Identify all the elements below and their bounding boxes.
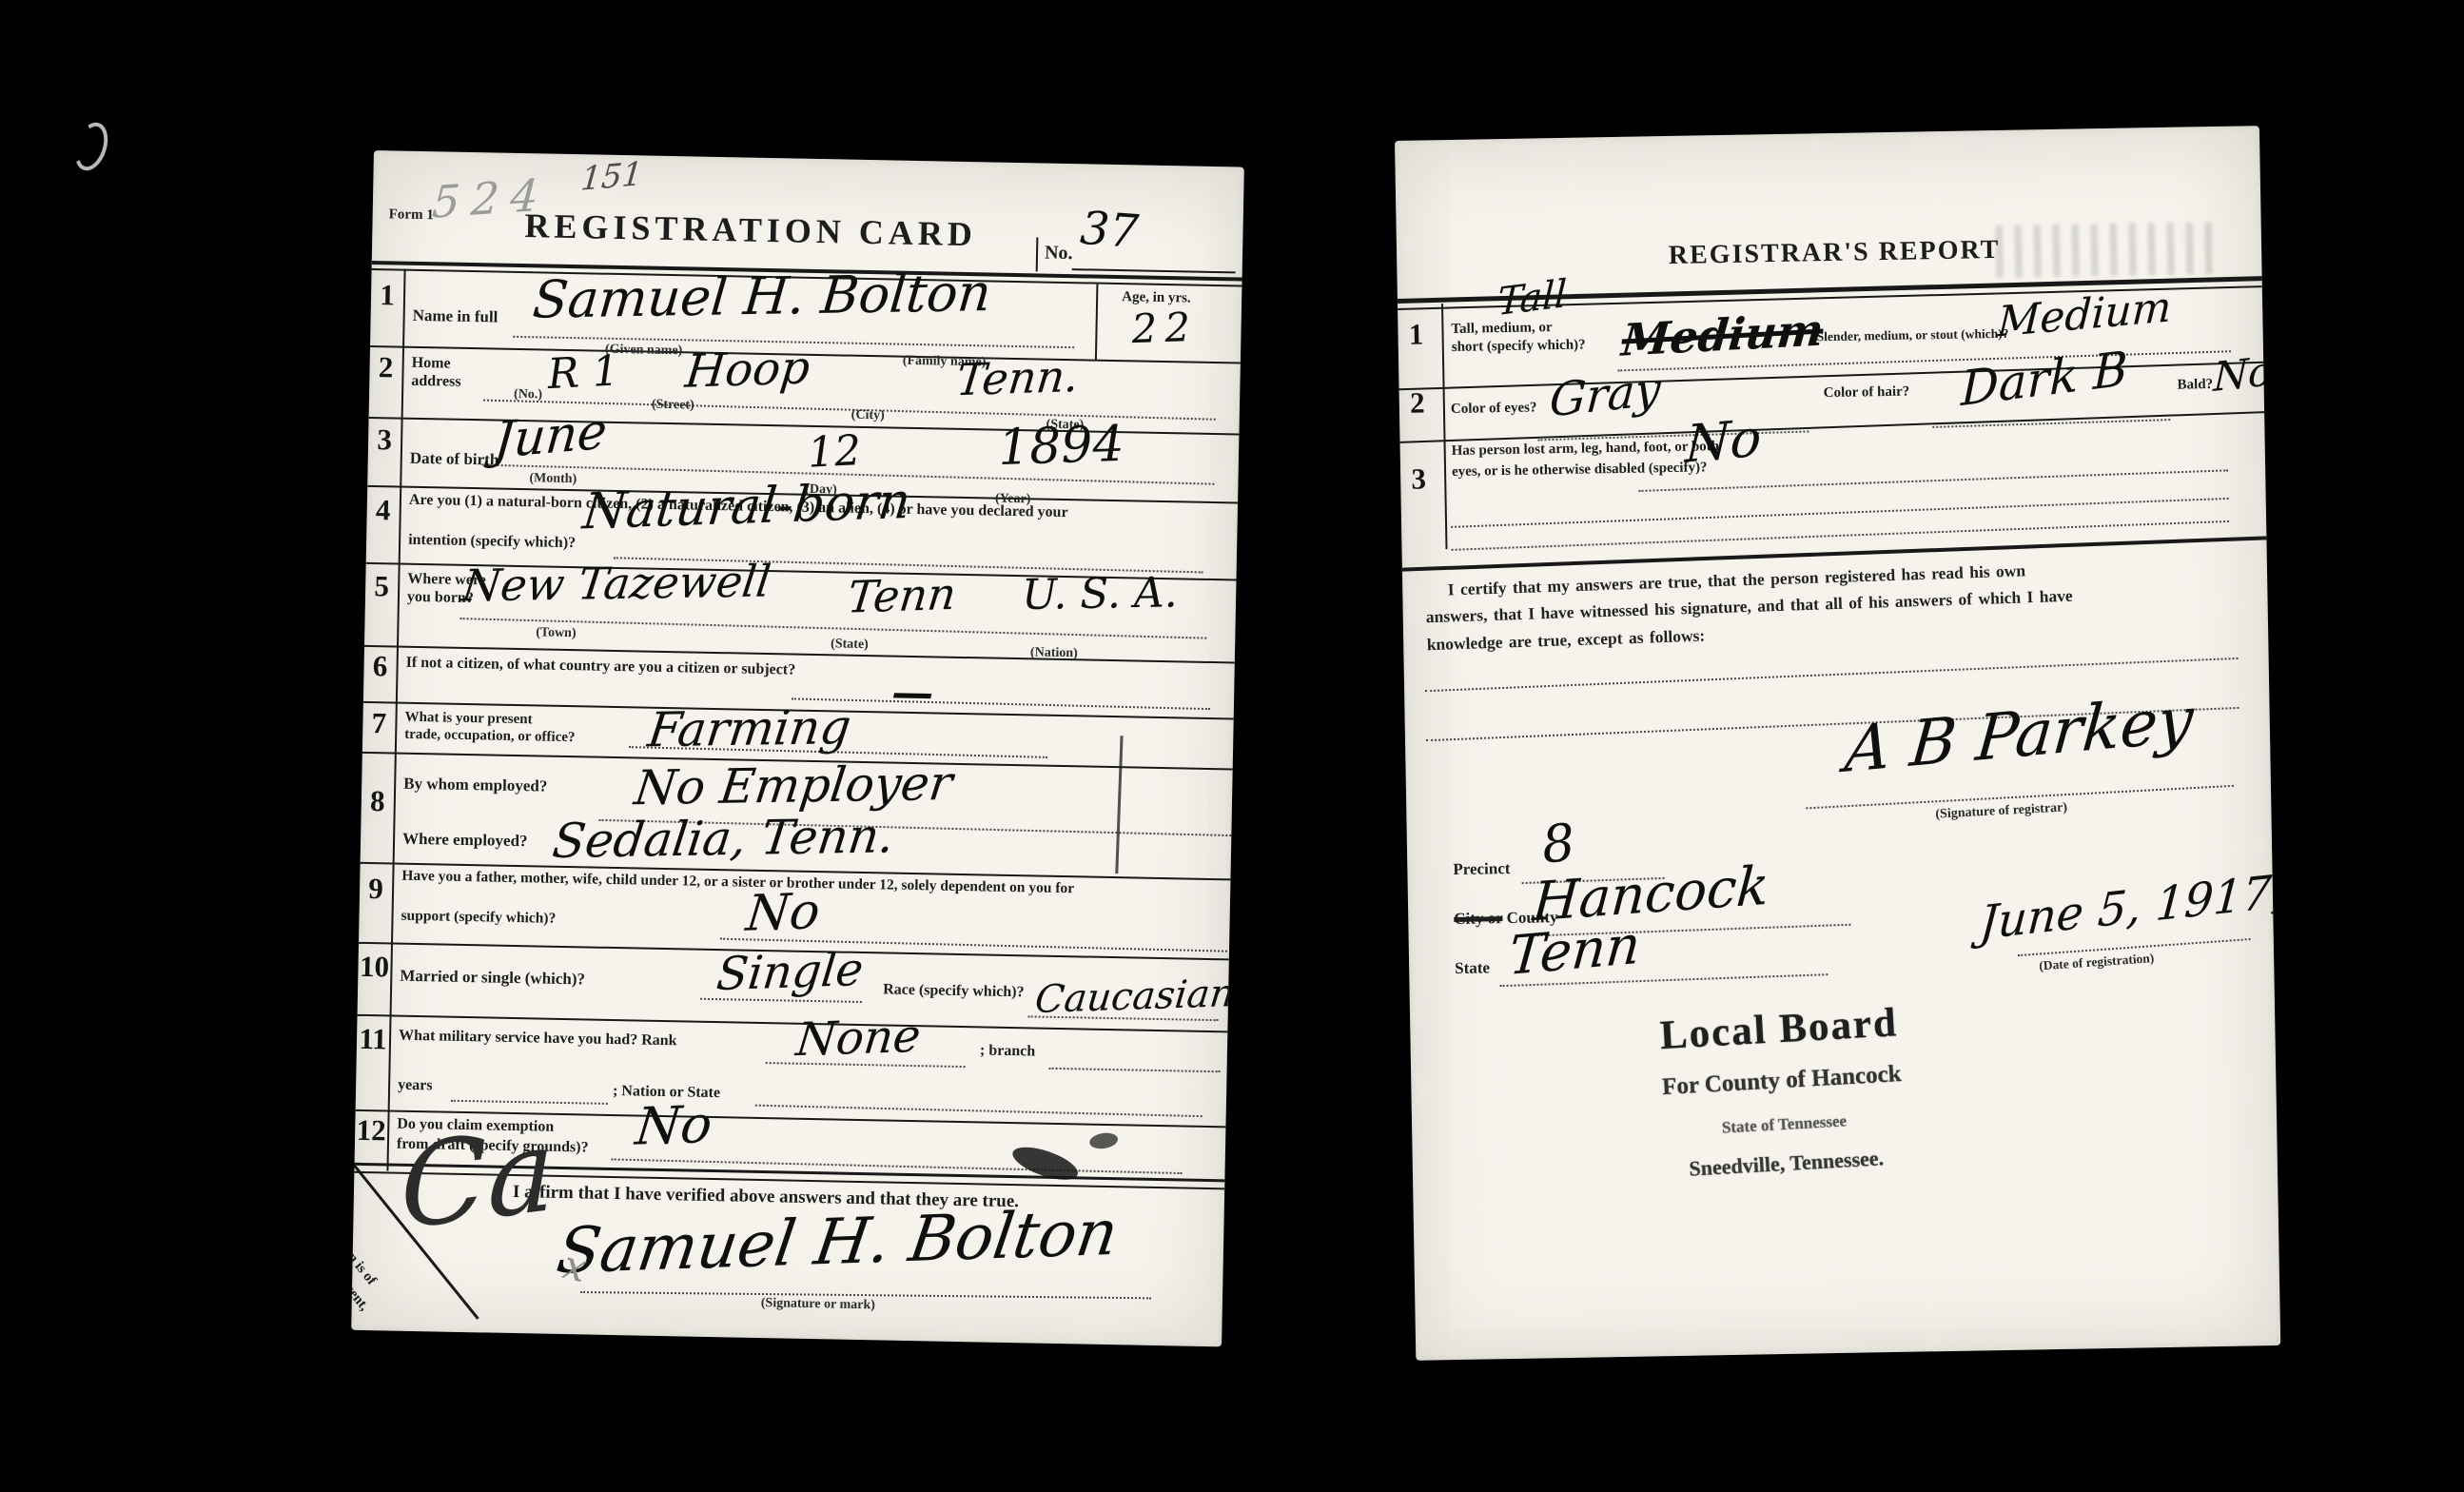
registration-card-title: REGISTRATION CARD bbox=[524, 205, 972, 256]
r1-answer-build: Medium bbox=[1997, 288, 2173, 342]
registrar-signature: A B Parkey bbox=[1843, 691, 2196, 778]
q7-number: 7 bbox=[362, 706, 396, 741]
q8-answer-2: Sedalia, Tenn. bbox=[550, 815, 896, 863]
stamp-line-3: State of Tennessee bbox=[1565, 1103, 2003, 1147]
local-board-stamp: Local Board For County of Hancock State … bbox=[1559, 993, 2005, 1188]
q11-label-1: What military service have you had? Rank bbox=[399, 1027, 677, 1051]
q7-label-2: trade, occupation, or office? bbox=[404, 726, 576, 747]
q1-number: 1 bbox=[371, 278, 404, 313]
q4-answer: Natural-born bbox=[580, 480, 912, 535]
r3-blank-line-2 bbox=[1452, 520, 2230, 551]
registrant-signature: Samuel H. Bolton bbox=[554, 1205, 1122, 1280]
r1-answer-struck: Medium bbox=[1620, 310, 1825, 361]
q2-answer-no: R 1 bbox=[547, 352, 620, 393]
q2-number: 2 bbox=[369, 350, 402, 385]
q5-sub-town: (Town) bbox=[536, 625, 577, 641]
r2-label-hair: Color of hair? bbox=[1824, 383, 1910, 402]
q9-number: 9 bbox=[360, 872, 393, 907]
form-label: Form 1 bbox=[389, 206, 434, 225]
q2-answer-state: Tenn. bbox=[954, 357, 1081, 401]
r3-label-1: Has person lost arm, leg, hand, foot, or… bbox=[1452, 438, 1720, 461]
card-number-value: 37 bbox=[1079, 208, 1140, 253]
q11-answer-rank: None bbox=[794, 1016, 923, 1062]
registrars-report-title: REGISTRAR'S REPORT bbox=[1634, 232, 2035, 272]
r3-answer-line bbox=[1638, 469, 2228, 492]
q3-answer-day: 12 bbox=[807, 432, 862, 472]
q1-label: Name in full bbox=[412, 305, 498, 327]
q5-sub-nation: (Nation) bbox=[1030, 645, 1078, 661]
r2-label-bald: Bald? bbox=[2177, 376, 2213, 394]
county-value: Hancock bbox=[1531, 863, 1770, 928]
q6-label: If not a citizen, of what country are yo… bbox=[405, 654, 795, 680]
r1-label-build: Slender, medium, or stout (which)? bbox=[1817, 326, 2009, 345]
q2-sub-no: (No.) bbox=[514, 387, 542, 403]
r2-answer-bald: No bbox=[2213, 353, 2273, 396]
r1-answer-height: Tall bbox=[1496, 277, 1567, 320]
registration-card: Form 1 524 151 REGISTRATION CARD No. 37 … bbox=[351, 150, 1244, 1346]
q9-label-2: support (specify which)? bbox=[401, 907, 556, 928]
registration-date: June 5, 1917, bbox=[1979, 871, 2281, 945]
q7-answer: Farming bbox=[646, 706, 853, 752]
r3-label-2: eyes, or is he otherwise disabled (speci… bbox=[1452, 459, 1708, 481]
q10-label-2: Race (specify which)? bbox=[883, 980, 1025, 1002]
r2-answer-hair: Dark B bbox=[1961, 347, 2128, 411]
q2-sub-street: (Street) bbox=[652, 398, 694, 414]
q5-answer-town: New Tazewell bbox=[460, 561, 773, 606]
age-cell-divider bbox=[1095, 285, 1099, 361]
q11-years-line bbox=[451, 1100, 608, 1105]
q10-answer-2: Caucasian bbox=[1033, 976, 1236, 1017]
q11-branch-line bbox=[1049, 1068, 1221, 1072]
q6-number: 6 bbox=[363, 649, 397, 684]
q11-nation-line bbox=[755, 1105, 1203, 1117]
q4-label-2: intention (specify which)? bbox=[408, 531, 576, 553]
q12-number: 12 bbox=[355, 1113, 388, 1148]
r2-number: 2 bbox=[1401, 385, 1435, 421]
registrars-report-card: REGISTRAR'S REPORT 1 Tall, medium, or sh… bbox=[1395, 126, 2280, 1361]
registration-date-sub: (Date of registration) bbox=[2039, 951, 2155, 973]
q5-answer-state: Tenn bbox=[846, 575, 958, 618]
stamp-line-2: For County of Hancock bbox=[1562, 1055, 2001, 1107]
q1-answer-name: Samuel H. Bolton bbox=[531, 270, 993, 324]
ink-blot bbox=[1008, 1141, 1082, 1187]
q6-answer: — bbox=[891, 675, 934, 713]
signature-sub-label: (Signature or mark) bbox=[761, 1296, 875, 1313]
q8-number: 8 bbox=[362, 784, 395, 819]
q3-number: 3 bbox=[368, 422, 401, 458]
r2-label-eyes: Color of eyes? bbox=[1451, 399, 1537, 418]
q5-sub-state: (State) bbox=[831, 637, 869, 653]
q11-label-2: ; branch bbox=[980, 1041, 1036, 1061]
q9-answer: No bbox=[744, 890, 822, 937]
card-number-label: No. bbox=[1045, 242, 1073, 266]
stray-handwriting: Ca bbox=[400, 1119, 556, 1241]
q8-label-2: Where employed? bbox=[402, 829, 528, 852]
q2-answer-city: Hoop bbox=[683, 347, 812, 393]
age-value: 22 bbox=[1131, 309, 1199, 347]
q10-label-1: Married or single (which)? bbox=[400, 966, 585, 990]
r3-answer: No bbox=[1684, 415, 1762, 468]
number-column-rule bbox=[1441, 304, 1448, 549]
q3-label: Date of birth bbox=[410, 448, 499, 470]
faint-stamp-smudge bbox=[1996, 222, 2220, 278]
ink-blot bbox=[1088, 1131, 1119, 1150]
r3-number: 3 bbox=[1402, 461, 1436, 497]
scanned-document-page: Form 1 524 151 REGISTRATION CARD No. 37 … bbox=[0, 0, 2464, 1492]
certify-blank-line-1 bbox=[1425, 658, 2238, 692]
precinct-label: Precinct bbox=[1453, 858, 1510, 879]
q2-sub-city: (City) bbox=[851, 408, 885, 424]
q2-label-2: address bbox=[411, 372, 461, 392]
q10-number: 10 bbox=[358, 950, 391, 985]
stray-mark-vertical bbox=[1115, 736, 1123, 874]
q3-sub-month: (Month) bbox=[529, 471, 577, 487]
q9-label-1: Have you a father, mother, wife, child u… bbox=[401, 867, 1074, 898]
serial-number-handwritten: 151 bbox=[579, 160, 643, 194]
q8-label-1: By whom employed? bbox=[403, 774, 548, 796]
r1-label-2: short (specify which)? bbox=[1452, 337, 1586, 357]
q8-answer-1: No Employer bbox=[632, 762, 954, 810]
county-label-struck: City or bbox=[1454, 909, 1502, 928]
stamp-line-1: Local Board bbox=[1559, 993, 1999, 1065]
precinct-value: 8 bbox=[1540, 820, 1576, 869]
r1-number: 1 bbox=[1399, 317, 1433, 352]
state-label: State bbox=[1455, 957, 1490, 978]
q11-label-3: years bbox=[398, 1076, 433, 1096]
q12-answer: No bbox=[634, 1102, 714, 1150]
q5-answer-nation: U. S. A. bbox=[1022, 574, 1178, 614]
q3-answer-month: June bbox=[492, 409, 608, 463]
q2-label-1: Home bbox=[412, 354, 451, 374]
stamp-line-4: Sneedville, Tennessee. bbox=[1567, 1139, 2005, 1188]
r2-answer-eyes: Gray bbox=[1548, 369, 1661, 422]
q10-answer-1: Single bbox=[714, 950, 865, 995]
scan-artifact bbox=[69, 118, 114, 174]
q4-number: 4 bbox=[366, 493, 400, 528]
state-value: Tenn bbox=[1507, 922, 1642, 982]
r3-blank-line-1 bbox=[1451, 498, 2229, 528]
q11-number: 11 bbox=[357, 1022, 390, 1057]
no-divider bbox=[1036, 237, 1039, 271]
registrar-signature-sub: (Signature of registrar) bbox=[1935, 800, 2067, 822]
q3-answer-year: 1894 bbox=[997, 422, 1124, 471]
q5-number: 5 bbox=[365, 569, 399, 604]
no-underline bbox=[1072, 268, 1236, 273]
